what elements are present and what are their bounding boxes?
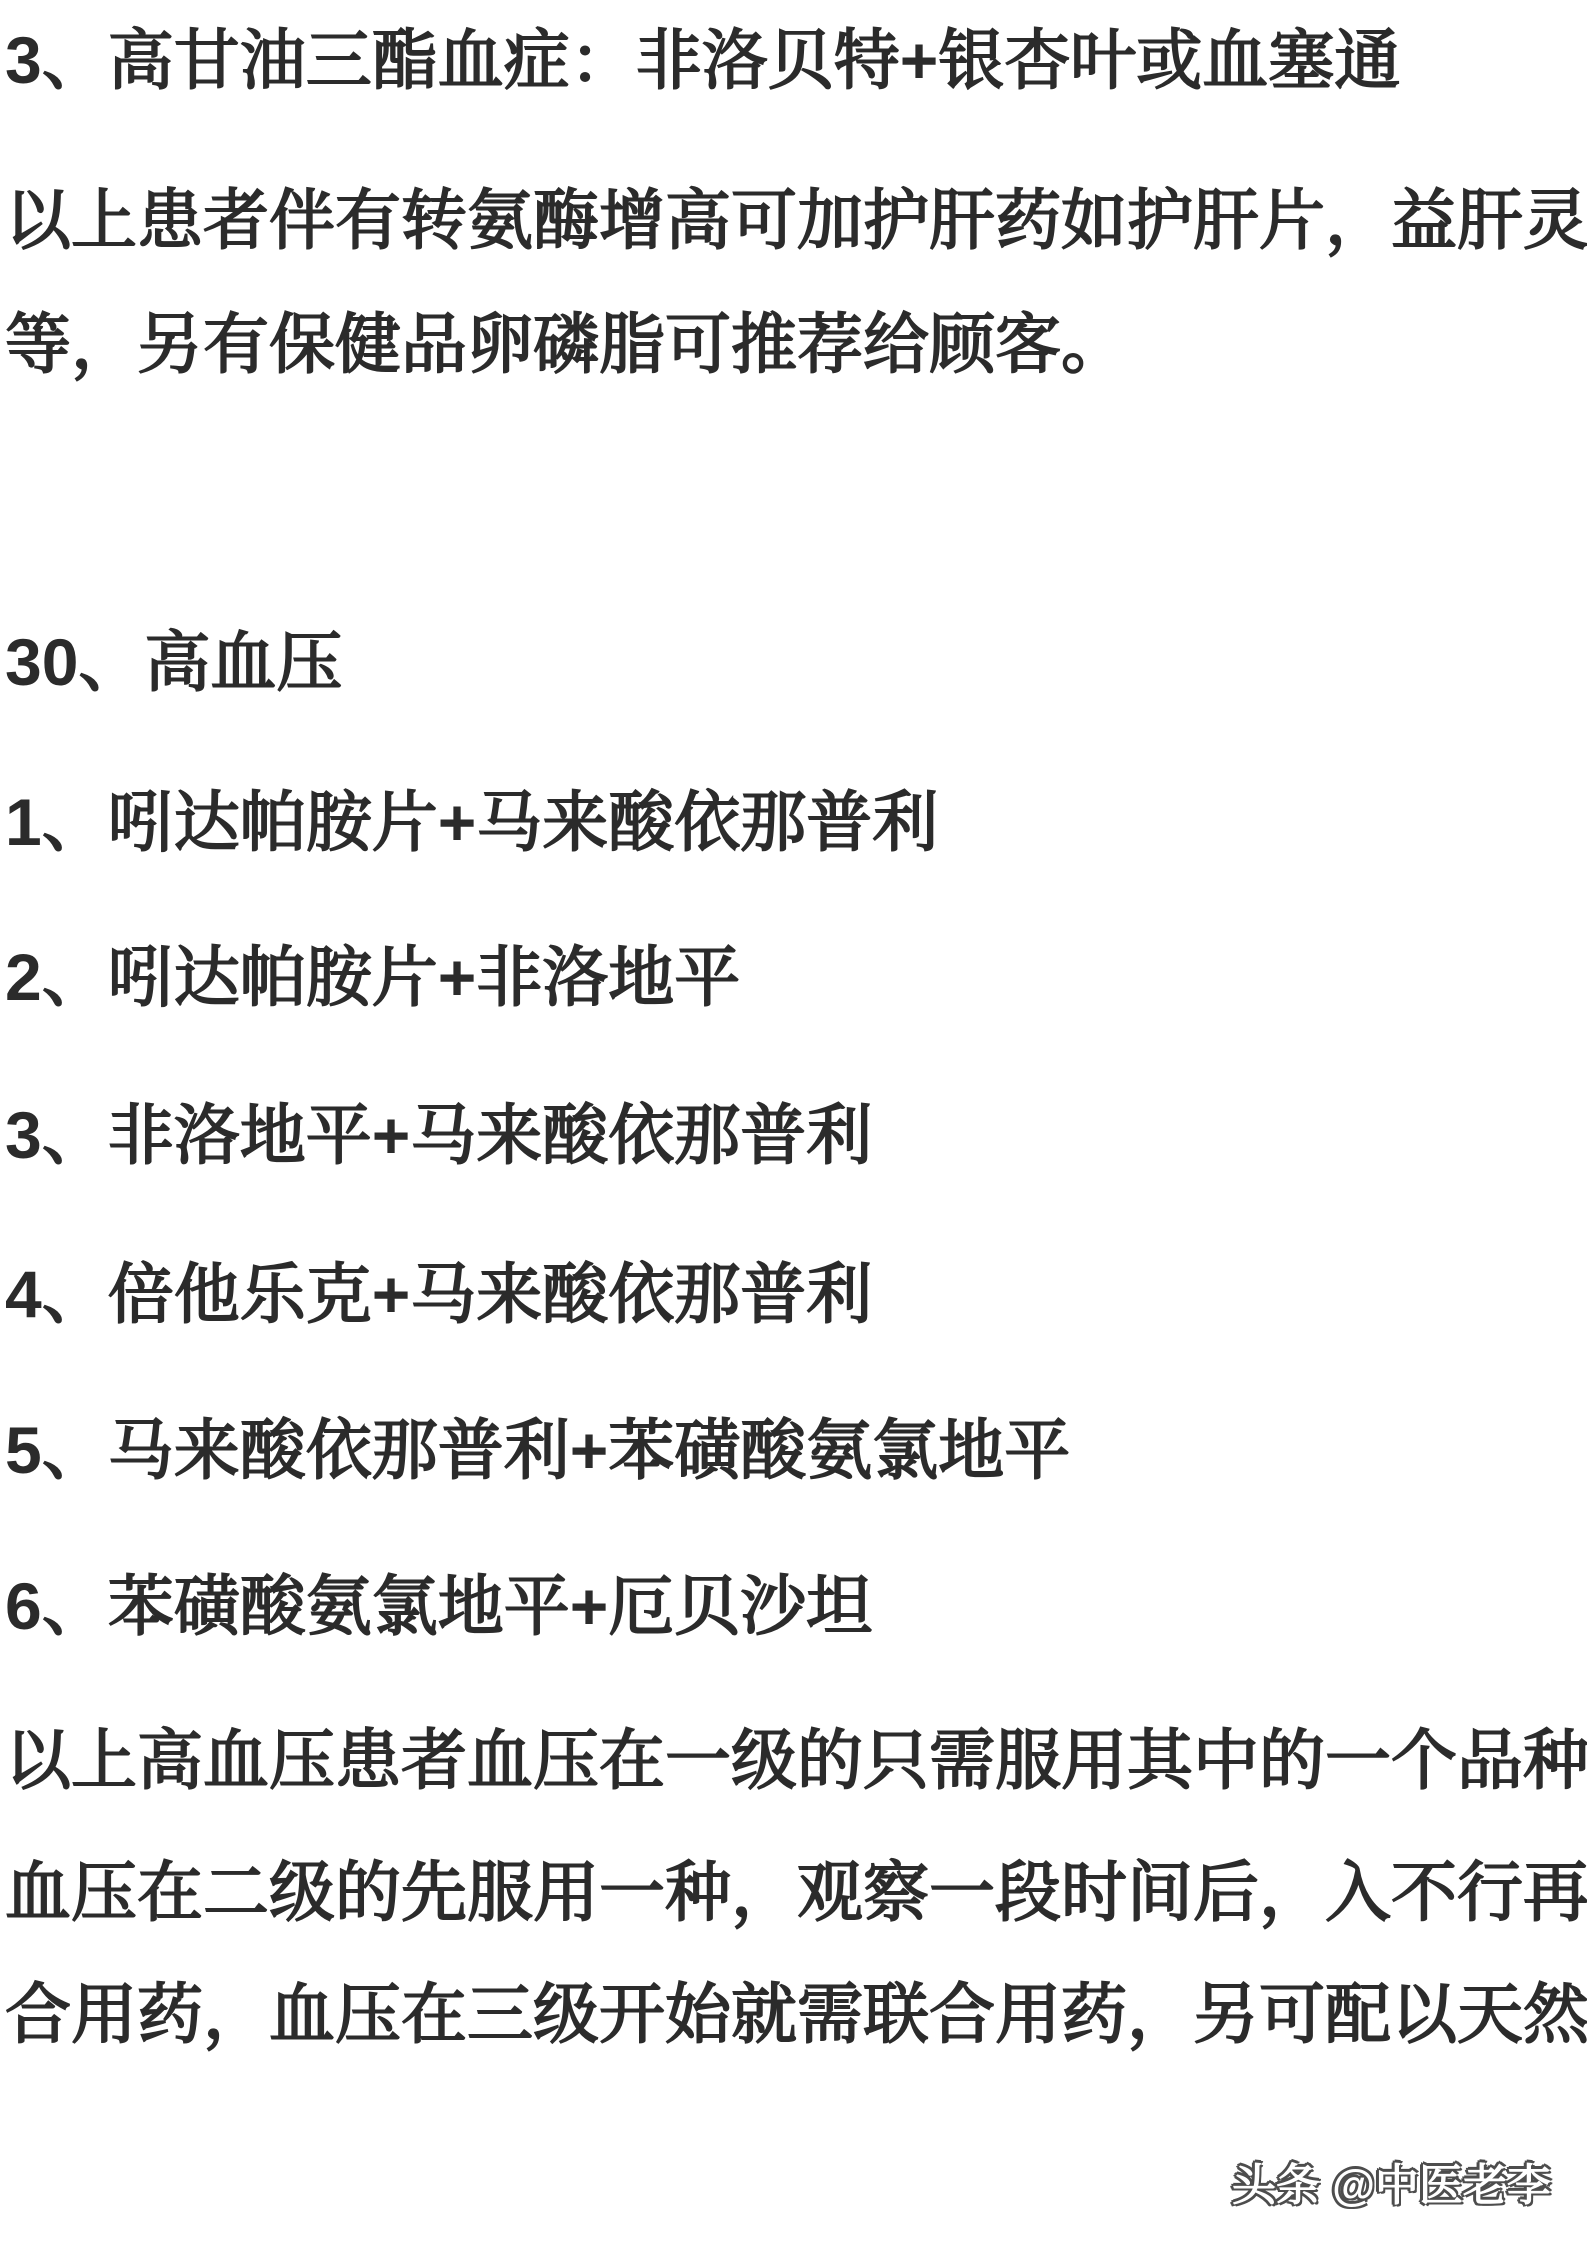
lipid-note-line-1: 以上患者伴有转氨酶增高可加护肝药如护肝片，益肝灵 [5,188,1587,252]
combo-item-4: 4、倍他乐克+马来酸依那普利 [5,1262,1587,1326]
combo-item-3: 3、非洛地平+马来酸依那普利 [5,1103,1587,1167]
combo-item-5: 5、马来酸依那普利+苯磺酸氨氯地平 [5,1418,1587,1482]
combo-item-2: 2、吲达帕胺片+非洛地平 [5,945,1587,1009]
document-page: { "page": { "background_color": "#ffffff… [0,0,1587,2245]
combo-item-6: 6、苯磺酸氨氯地平+厄贝沙坦 [5,1574,1587,1638]
lipid-section-heading: 3、高甘油三酯血症：非洛贝特+银杏叶或血塞通 [5,28,1587,92]
watermark-text: 头条 @中医老李 [1232,2162,1551,2210]
lipid-note-line-2: 等，另有保健品卵磷脂可推荐给顾客。 [5,312,1587,376]
combo-item-1: 1、吲达帕胺片+马来酸依那普利 [5,790,1587,854]
hypertension-section-heading: 30、高血压 [5,630,1587,694]
hypertension-note-line-2: 血压在二级的先服用一种，观察一段时间后，入不行再联 [5,1860,1587,1924]
hypertension-note-line-1: 以上高血压患者血压在一级的只需服用其中的一个品种， [5,1728,1587,1792]
hypertension-note-line-3: 合用药，血压在三级开始就需联合用药，另可配以天然维 [5,1982,1587,2046]
document-body: 3、高甘油三酯血症：非洛贝特+银杏叶或血塞通 以上患者伴有转氨酶增高可加护肝药如… [0,0,1587,2245]
